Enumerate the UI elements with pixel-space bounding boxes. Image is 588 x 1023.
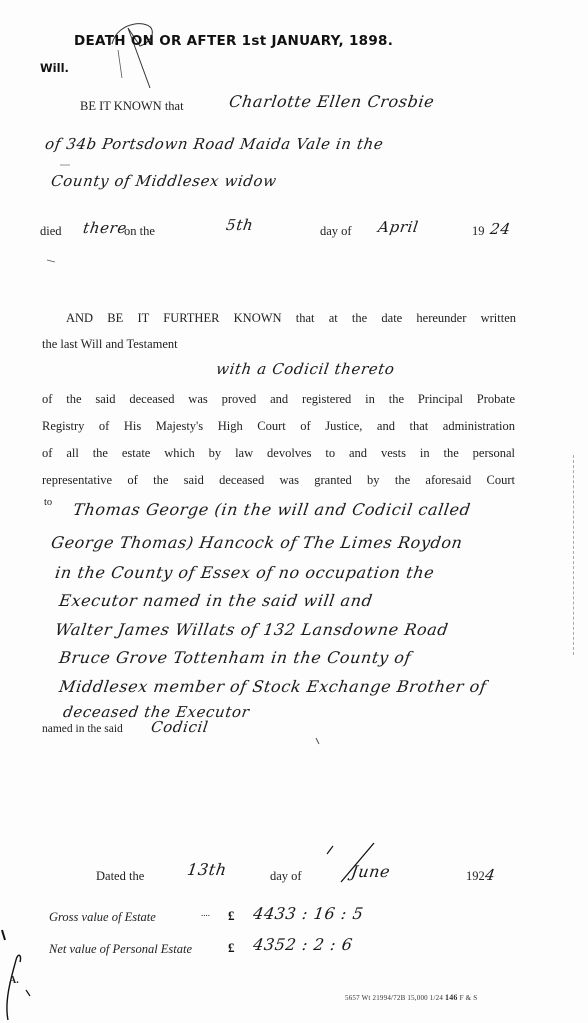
deceased-name: Charlotte Ellen Crosbie bbox=[228, 92, 436, 111]
margin-initials: A. bbox=[9, 975, 19, 986]
deceased-address-line2: County of Middlesex widow bbox=[50, 172, 278, 190]
probate-line-6: representative of the said deceased was … bbox=[42, 473, 515, 488]
death-place: there bbox=[82, 219, 128, 237]
probate-line-1: AND BE IT FURTHER KNOWN that at the date… bbox=[66, 311, 516, 326]
to-label: to bbox=[44, 497, 52, 508]
grantee-line-5: Walter James Willats of 132 Lansdowne Ro… bbox=[54, 620, 450, 639]
death-day-of-label: day of bbox=[320, 224, 352, 239]
dated-year-prefix: 192 bbox=[466, 869, 485, 884]
document-type-label: Will. bbox=[40, 61, 69, 75]
grantee-line-2: George Thomas) Hancock of The Limes Royd… bbox=[50, 533, 464, 552]
gross-currency-symbol: £ bbox=[228, 908, 235, 924]
dated-day-of-label: day of bbox=[270, 869, 302, 884]
printer-code-suffix: F & S bbox=[460, 994, 478, 1002]
dated-label: Dated the bbox=[96, 869, 144, 884]
document-heading: DEATH ON OR AFTER 1st JANUARY, 1898. bbox=[74, 33, 393, 49]
grantee-line-1: Thomas George (in the will and Codicil c… bbox=[72, 500, 472, 519]
death-day: 5th bbox=[225, 216, 255, 234]
death-year-prefix: 19 bbox=[472, 224, 485, 239]
dated-month: June bbox=[350, 862, 392, 881]
grantee-line-6: Bruce Grove Tottenham in the County of bbox=[58, 648, 413, 667]
named-in-document: Codicil bbox=[150, 718, 210, 736]
gross-value-amount: 4433 : 16 : 5 bbox=[252, 904, 365, 923]
net-value-label: Net value of Personal Estate bbox=[49, 942, 192, 957]
on-the-label: on the bbox=[124, 224, 155, 239]
grantee-line-7: Middlesex member of Stock Exchange Broth… bbox=[58, 677, 488, 696]
margin-signature-stroke bbox=[7, 955, 21, 1020]
probate-line-5: of all the estate which by law devolves … bbox=[42, 446, 515, 461]
be-it-known-label: BE IT KNOWN that bbox=[80, 99, 184, 114]
grantee-line-4: Executor named in the said will and bbox=[58, 591, 374, 610]
deceased-address-line1: of 34b Portsdown Road Maida Vale in the bbox=[44, 135, 385, 153]
named-in-label: named in the said bbox=[42, 723, 123, 735]
printer-code-number: 146 bbox=[445, 993, 458, 1002]
grantee-line-3: in the County of Essex of no occupation … bbox=[54, 563, 436, 582]
dated-day: 13th bbox=[186, 860, 228, 879]
net-currency-symbol: £ bbox=[228, 940, 235, 956]
net-value-amount: 4352 : 2 : 6 bbox=[252, 935, 354, 954]
codicil-note: with a Codicil thereto bbox=[215, 360, 396, 378]
probate-document-page: DEATH ON OR AFTER 1st JANUARY, 1898. Wil… bbox=[0, 0, 588, 1023]
death-year-suffix: 24 bbox=[489, 220, 512, 238]
death-month: April bbox=[377, 218, 420, 236]
margin-rule bbox=[573, 455, 575, 655]
probate-line-2: the last Will and Testament bbox=[42, 337, 178, 352]
probate-line-4: Registry of His Majesty's High Court of … bbox=[42, 419, 515, 434]
probate-line-3: of the said deceased was proved and regi… bbox=[42, 392, 515, 407]
gross-value-label: Gross value of Estate bbox=[49, 910, 156, 925]
printer-code-prefix: 5657 Wt 21994/72B 15,000 1/24 bbox=[345, 994, 443, 1002]
printer-code: 5657 Wt 21994/72B 15,000 1/24 146 F & S bbox=[345, 993, 477, 1002]
died-label: died bbox=[40, 224, 62, 239]
gross-value-leader: .... bbox=[201, 908, 210, 918]
